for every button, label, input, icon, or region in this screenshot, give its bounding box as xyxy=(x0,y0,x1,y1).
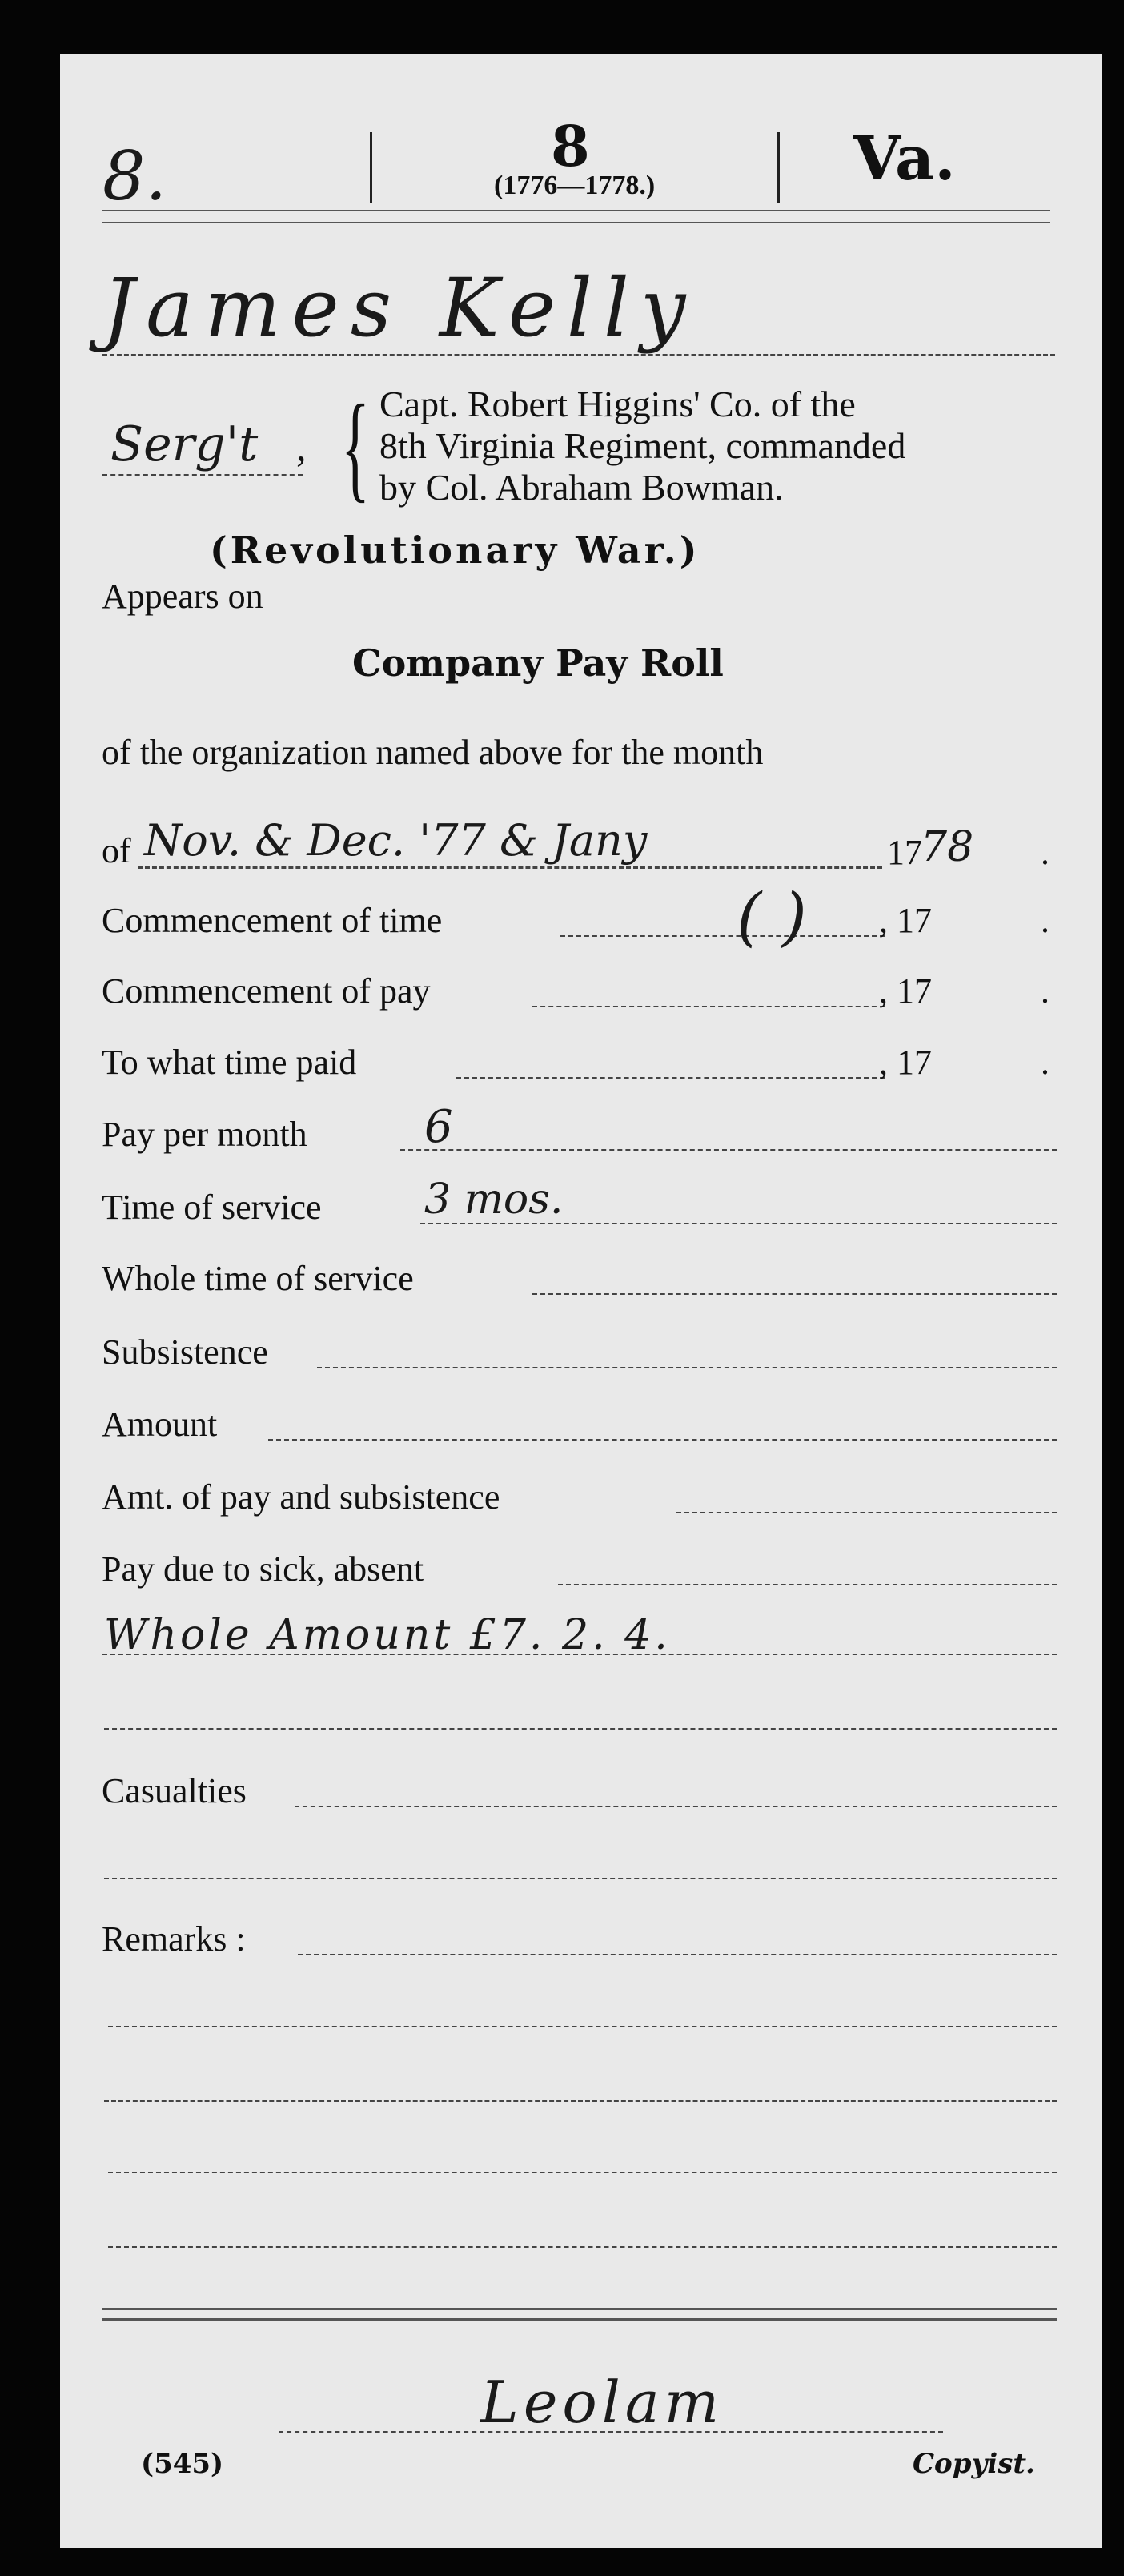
org-line-3: by Col. Abraham Bowman. xyxy=(379,468,784,508)
service-years: (1776—1778.) xyxy=(494,168,655,203)
field-paid-to-label: To what time paid xyxy=(102,1043,356,1083)
org-line-1: Capt. Robert Higgins' Co. of the xyxy=(379,384,856,424)
remarks-line-2 xyxy=(104,2100,1057,2102)
remarks-line-0 xyxy=(298,1954,1057,1955)
appears-on: Appears on xyxy=(102,577,263,617)
month-year-prefix: 17 xyxy=(887,833,922,873)
field-commencement-pay-period: . xyxy=(1041,971,1050,1011)
copyist-line xyxy=(279,2431,943,2433)
footer-rule-bottom xyxy=(102,2318,1057,2321)
field-commencement-time-label: Commencement of time xyxy=(102,901,442,941)
whole-amount-note: Whole Amount £7. 2. 4. xyxy=(104,1611,671,1659)
field-paid-to-period: . xyxy=(1041,1043,1050,1083)
field-commencement-time-value: ( ) xyxy=(737,881,807,953)
field-whole-time-line xyxy=(532,1293,1057,1295)
field-commencement-pay-year: , 17 xyxy=(879,971,932,1011)
field-pay-per-month-line xyxy=(400,1149,1057,1151)
casualties-label: Casualties xyxy=(102,1771,247,1811)
field-commencement-pay-label: Commencement of pay xyxy=(102,971,431,1011)
month-year-value: 78 xyxy=(921,823,973,871)
remarks-line-3 xyxy=(108,2172,1057,2173)
field-pay-per-month-label: Pay per month xyxy=(102,1115,307,1155)
remarks-line-4 xyxy=(108,2246,1057,2248)
form-number: (545) xyxy=(141,2446,223,2482)
field-commencement-pay-line xyxy=(532,1006,885,1007)
field-subsistence-line xyxy=(317,1367,1057,1368)
month-period: . xyxy=(1041,833,1050,873)
war-title: (Revolutionary War.) xyxy=(210,528,700,572)
field-amount-line xyxy=(268,1439,1057,1441)
header-rule-top xyxy=(102,210,1050,211)
org-brace: { xyxy=(341,383,370,511)
name-line xyxy=(102,354,1055,356)
blank-line-1 xyxy=(104,1728,1057,1730)
field-amt-pay-subsistence-line xyxy=(676,1512,1057,1513)
copyist-label: Copyist. xyxy=(913,2446,1035,2482)
field-commencement-time-period: . xyxy=(1041,901,1050,941)
whole-amount-line xyxy=(102,1654,1057,1655)
rank-line xyxy=(102,474,303,476)
roll-title: Company Pay Roll xyxy=(352,641,724,685)
org-line-2: 8th Virginia Regiment, commanded xyxy=(379,426,905,466)
field-paid-to-year: , 17 xyxy=(879,1043,932,1083)
state-abbrev: Va. xyxy=(853,128,956,189)
rank-comma: , xyxy=(296,423,307,471)
month-prefix: of xyxy=(102,831,131,871)
footer-rule-top xyxy=(102,2308,1057,2310)
header-divider-right xyxy=(777,132,780,203)
soldier-rank: Serg't xyxy=(110,416,258,472)
remarks-label: Remarks : xyxy=(102,1919,246,1959)
field-time-of-service-value: 3 mos. xyxy=(424,1175,563,1224)
field-paid-to-line xyxy=(456,1077,885,1079)
field-commencement-time-line xyxy=(560,935,885,937)
field-subsistence-label: Subsistence xyxy=(102,1332,268,1372)
casualties-line xyxy=(295,1806,1057,1807)
field-time-of-service-line xyxy=(420,1223,1057,1224)
roll-intro: of the organization named above for the … xyxy=(102,733,763,773)
remarks-line-1 xyxy=(108,2026,1057,2027)
regiment-handwritten: 8. xyxy=(102,136,167,216)
copyist-signature: Leolam xyxy=(480,2370,724,2434)
field-amt-pay-subsistence-label: Amt. of pay and subsistence xyxy=(102,1477,500,1517)
field-pay-due-sick-line xyxy=(558,1584,1057,1585)
blank-line-2 xyxy=(104,1878,1057,1879)
month-value: Nov. & Dec. '77 & Jany xyxy=(144,815,647,866)
header-rule-bottom xyxy=(102,222,1050,223)
month-line xyxy=(138,866,882,869)
field-amount-label: Amount xyxy=(102,1405,217,1445)
soldier-name: James Kelly xyxy=(102,264,696,352)
field-whole-time-label: Whole time of service xyxy=(102,1259,414,1299)
field-commencement-time-year: , 17 xyxy=(879,901,932,941)
field-pay-per-month-value: 6 xyxy=(424,1103,453,1151)
regiment-number: 8 xyxy=(551,119,590,175)
header-divider-left xyxy=(370,132,372,203)
field-pay-due-sick-label: Pay due to sick, absent xyxy=(102,1549,424,1589)
field-time-of-service-label: Time of service xyxy=(102,1188,322,1228)
